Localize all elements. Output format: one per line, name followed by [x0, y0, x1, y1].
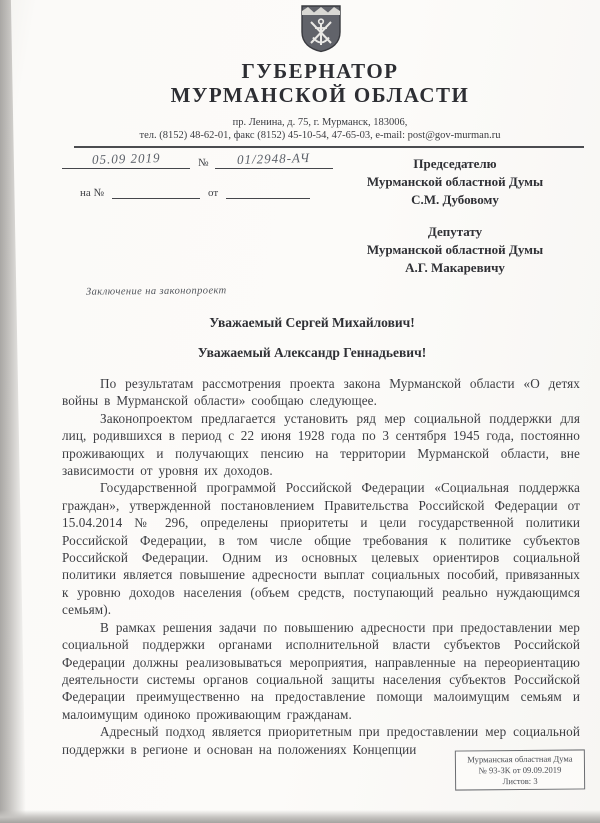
reply-number-field — [112, 181, 200, 199]
number-sign: № — [198, 157, 209, 169]
handwritten-number: 01/2948-АЧ — [237, 150, 310, 168]
org-title-line2: МУРМАНСКОЙ ОБЛАСТИ — [40, 83, 600, 107]
addressee-line: Мурманской областной Думы — [330, 173, 580, 191]
date-field: 05.09 2019 — [62, 151, 190, 169]
letterhead-divider — [74, 146, 584, 148]
handwritten-date: 05.09 2019 — [92, 150, 161, 168]
addressee-line: Депутату — [330, 223, 580, 241]
body-paragraph: В рамках решения задачи по повышению адр… — [62, 619, 580, 723]
org-contacts: тел. (8152) 48-62-01, факс (8152) 45-10-… — [40, 129, 600, 142]
addressee-line: Председателю — [330, 155, 580, 173]
reply-number-label: на № — [80, 187, 104, 199]
reply-from-label: от — [208, 187, 218, 199]
addressee-line: С.М. Дубовому — [330, 191, 580, 209]
stamp-sheets: Листов: 3 — [458, 775, 582, 787]
body-paragraph: Законопроектом предлагается установить р… — [62, 410, 580, 480]
addressee-block: Председателю Мурманской областной Думы С… — [330, 155, 580, 277]
registration-stamp: Мурманская областная Дума № 93-ЗК от 09.… — [455, 749, 585, 791]
stamp-org: Мурманская областная Дума — [458, 753, 582, 765]
addressee-chairman: Председателю Мурманской областной Думы С… — [330, 155, 580, 209]
org-title-line1: ГУБЕРНАТОР — [40, 59, 600, 83]
letter-body: По результатам рассмотрения проекта зако… — [62, 375, 580, 758]
scanned-letter-page: ГУБЕРНАТОР МУРМАНСКОЙ ОБЛАСТИ пр. Ленина… — [0, 0, 600, 823]
body-paragraph: Государственной программой Российской Фе… — [62, 479, 580, 618]
greeting-line: Уважаемый Сергей Михайлович! — [52, 315, 572, 331]
greeting-block: Уважаемый Сергей Михайлович! Уважаемый А… — [52, 315, 572, 375]
outgoing-reference-row: 05.09 2019№01/2948-АЧ — [62, 151, 333, 169]
addressee-line: А.Г. Макаревичу — [330, 259, 580, 277]
greeting-line: Уважаемый Александр Геннадьевич! — [52, 345, 572, 361]
document-annotation: Заключение на законопроект — [86, 285, 227, 297]
reply-date-field — [226, 181, 310, 199]
addressee-line: Мурманской областной Думы — [330, 241, 580, 259]
body-paragraph: По результатам рассмотрения проекта зако… — [62, 375, 580, 410]
reply-reference-row: на №от — [80, 181, 310, 199]
outgoing-number-field: 01/2948-АЧ — [215, 151, 333, 169]
org-title: ГУБЕРНАТОР МУРМАНСКОЙ ОБЛАСТИ — [40, 59, 600, 107]
contact-block: пр. Ленина, д. 75, г. Мурманск, 183006, … — [40, 116, 600, 142]
scan-edge-bottom — [0, 810, 600, 823]
org-address: пр. Ленина, д. 75, г. Мурманск, 183006, — [40, 116, 600, 129]
addressee-deputy: Депутату Мурманской областной Думы А.Г. … — [330, 223, 580, 277]
murmansk-coat-of-arms-icon — [299, 3, 343, 53]
